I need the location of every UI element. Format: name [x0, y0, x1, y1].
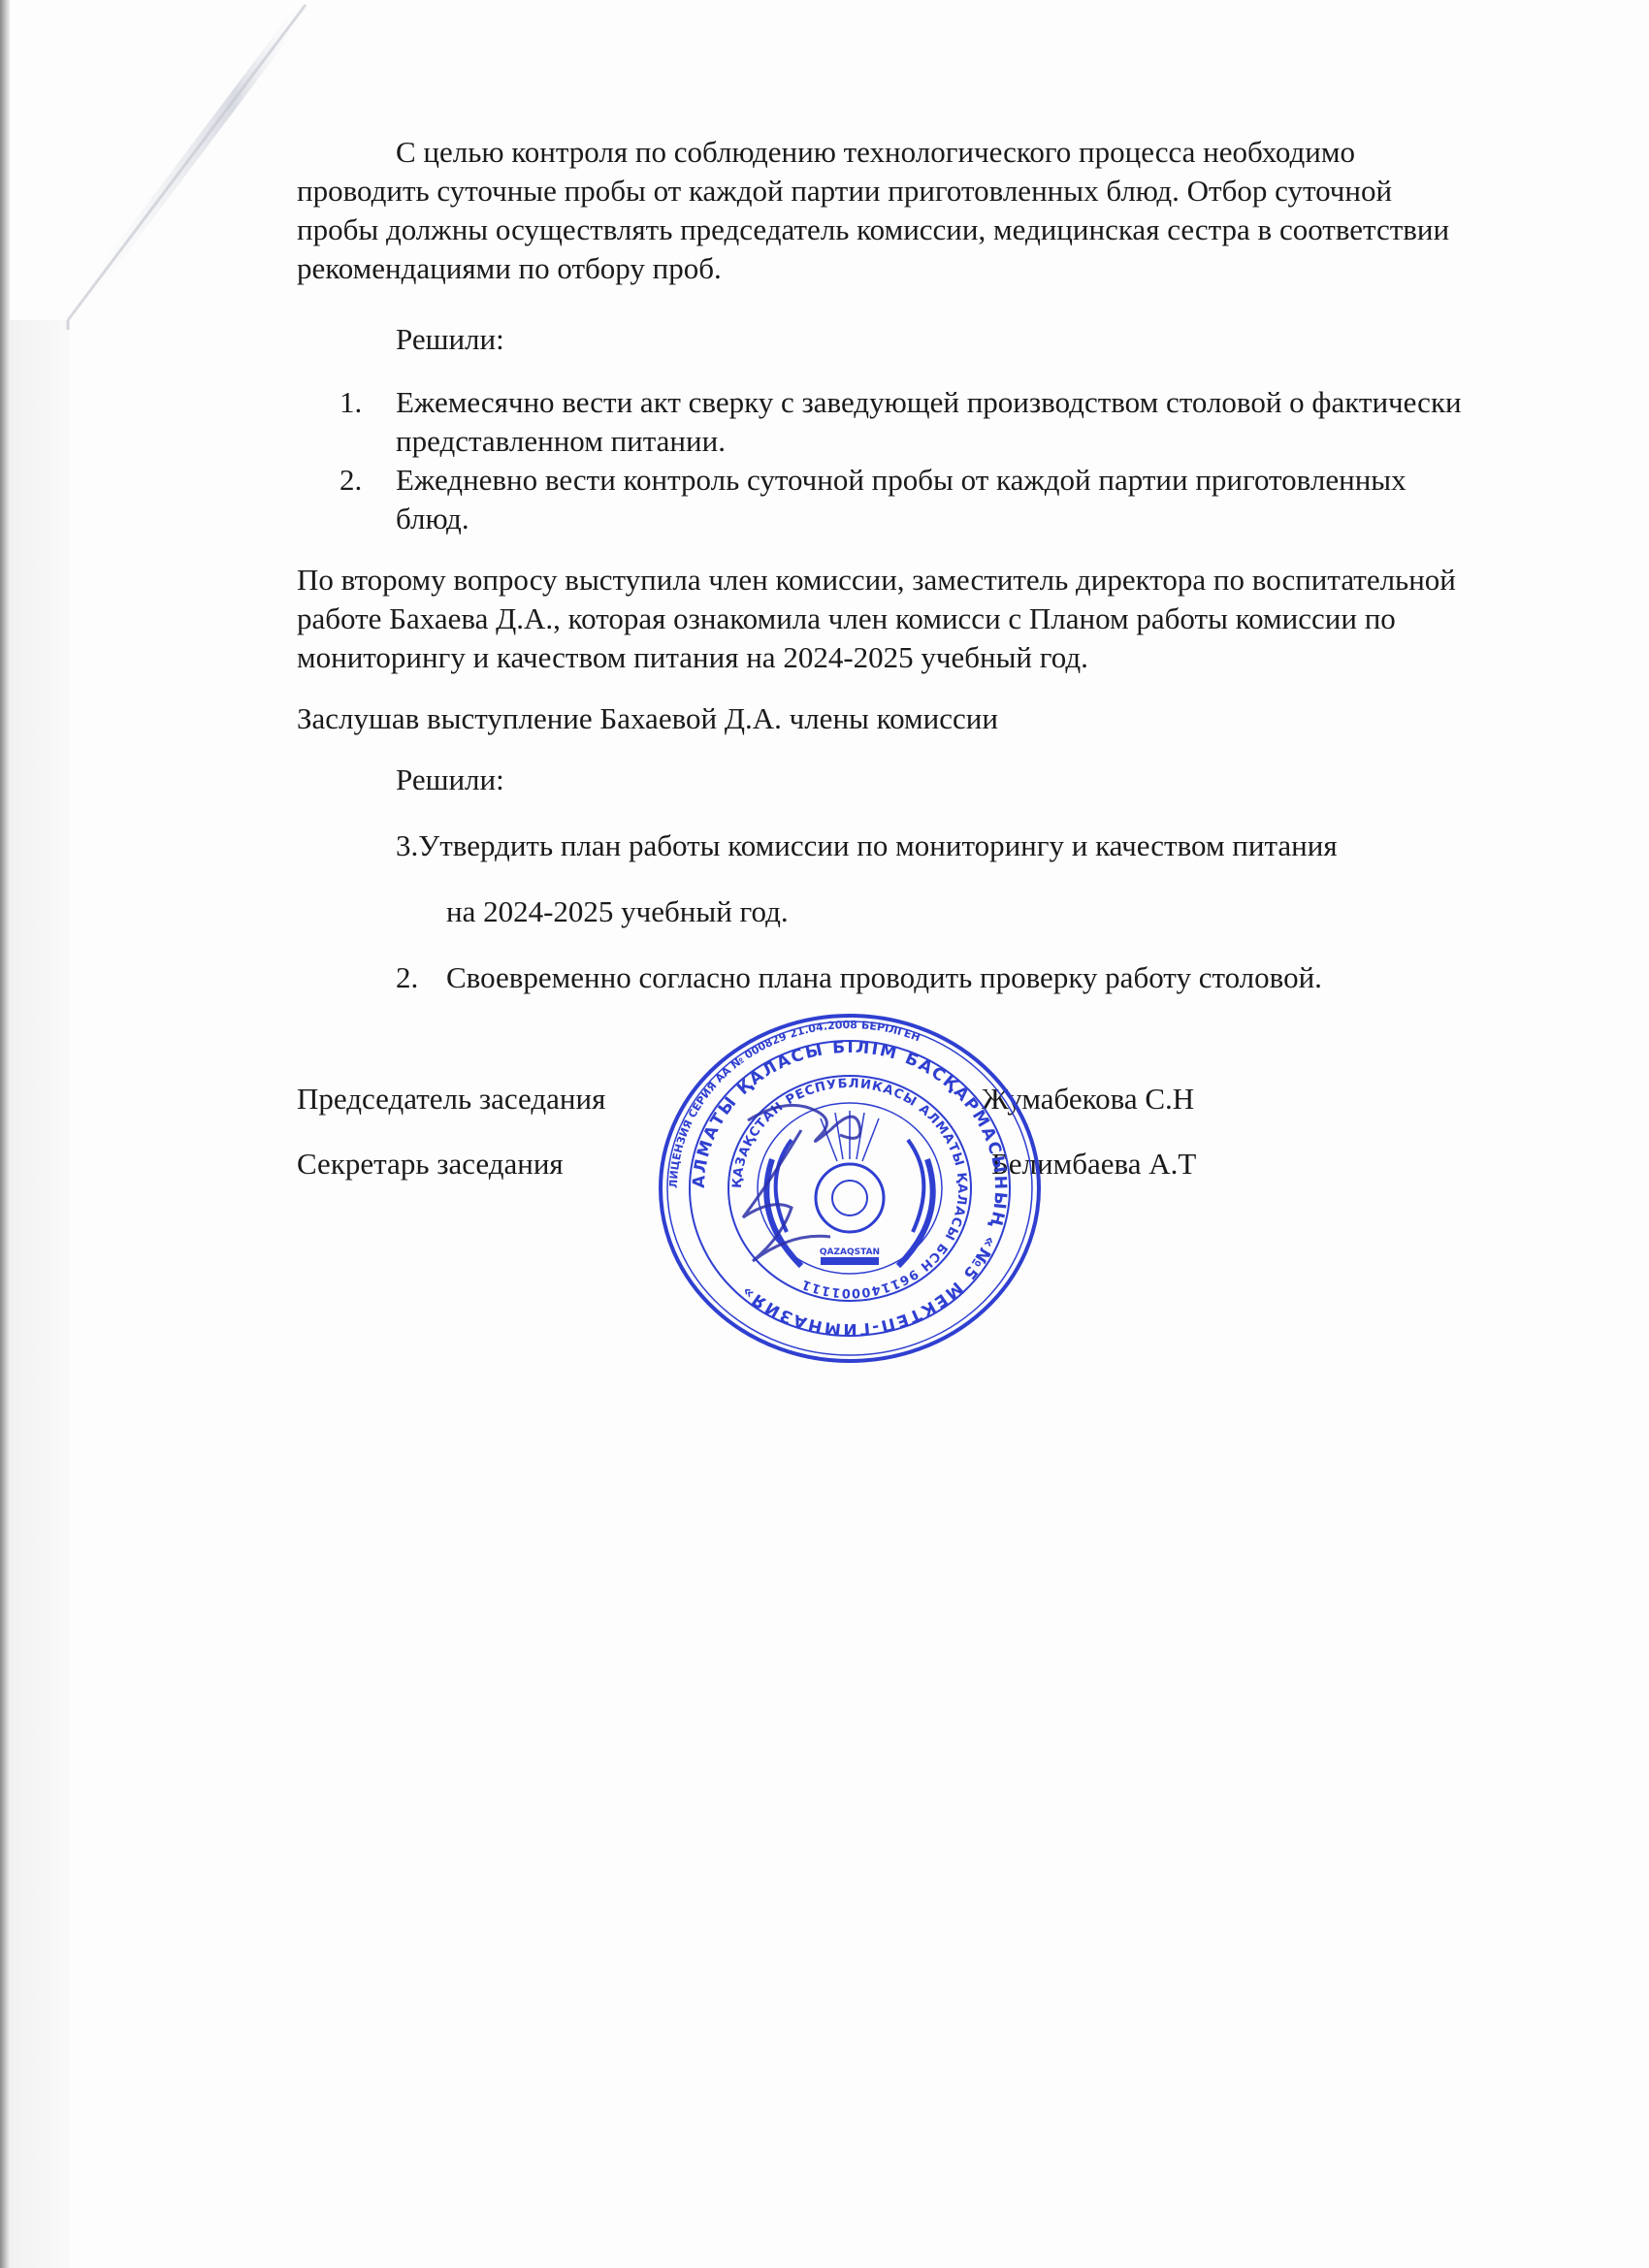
paragraph-line: проводить суточные пробы от каждой парти… — [297, 172, 1392, 211]
list-item-line: Ежедневно вести контроль суточной пробы … — [396, 461, 1406, 500]
paragraph-line: Заслушав выступление Бахаевой Д.А. члены… — [297, 699, 998, 738]
list-item-line: представленном питании. — [396, 422, 726, 461]
decision-line: на 2024-2025 учебный год. — [446, 892, 789, 931]
folded-corner — [0, 0, 310, 330]
list-item-line: блюд. — [396, 500, 469, 538]
list-number: 2. — [339, 461, 362, 500]
decided-heading: Решили: — [396, 761, 504, 799]
decision-line: 3.Утвердить план работы комиссии по мони… — [396, 826, 1338, 865]
paragraph-line: По второму вопросу выступила член комисс… — [297, 561, 1456, 599]
decided-heading: Решили: — [396, 320, 504, 359]
paragraph-line: рекомендациями по отбору проб. — [297, 249, 722, 288]
scanner-shadow-strip — [10, 320, 70, 2268]
paragraph-line: пробы должны осуществлять председатель к… — [297, 211, 1449, 249]
list-number: 2. — [396, 958, 418, 997]
decision-line: Своевременно согласно плана проводить пр… — [446, 958, 1322, 997]
scanner-shadow-edge — [0, 0, 10, 2268]
paragraph-line: работе Бахаева Д.А., которая ознакомила … — [297, 599, 1396, 638]
list-number: 1. — [339, 383, 362, 422]
official-stamp: ЛИЦЕНЗИЯ СЕРИЯ АА № 000829 21.04.2008 БЕ… — [656, 1014, 1044, 1363]
paragraph-line: С целью контроля по соблюдению технологи… — [396, 133, 1355, 172]
list-item-line: Ежемесячно вести акт сверку с заведующей… — [396, 383, 1462, 422]
paragraph-line: мониторингу и качеством питания на 2024-… — [297, 638, 1088, 677]
signature-role-chair: Председатель заседания — [297, 1082, 605, 1117]
signature-role-secretary: Секретарь заседания — [297, 1147, 564, 1182]
stamp-emblem-text: QAZAQSTAN — [820, 1247, 880, 1257]
